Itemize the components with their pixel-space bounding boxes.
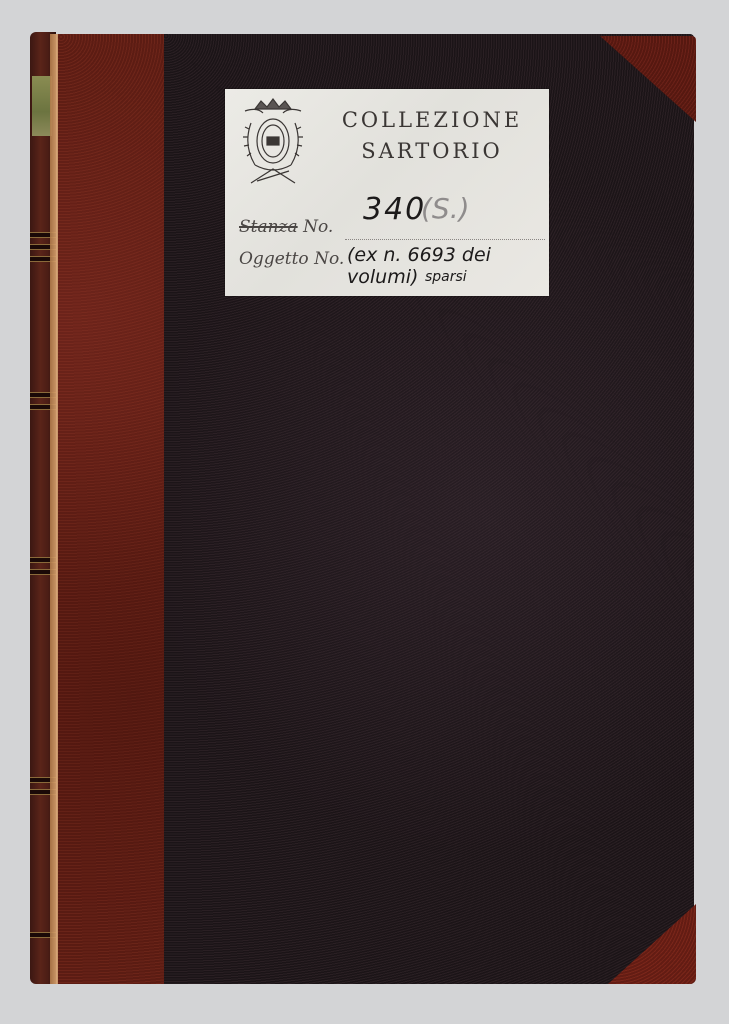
collection-title: COLLEZIONE SARTORIO bbox=[317, 105, 547, 167]
oggetto-label: Oggetto bbox=[239, 249, 309, 269]
leather-quarter-binding bbox=[58, 34, 166, 984]
stanza-number: 340 bbox=[363, 192, 426, 227]
coat-of-arms-crest-icon bbox=[237, 95, 309, 191]
book-cover: COLLEZIONE SARTORIO Stanza No. 340 (S.) … bbox=[0, 0, 729, 1024]
stanza-label: Stanza bbox=[239, 217, 298, 237]
oggetto-note-line2: sparsi bbox=[425, 269, 467, 285]
dotted-line bbox=[345, 239, 545, 240]
stanza-suffix: (S.) bbox=[421, 192, 470, 225]
stanza-field: Stanza No. bbox=[239, 217, 333, 237]
stanza-no-label: No. bbox=[303, 217, 333, 237]
oggetto-no-label: No. bbox=[314, 249, 344, 269]
collection-title-line1: COLLEZIONE bbox=[317, 105, 547, 136]
collection-title-line2: SARTORIO bbox=[317, 136, 547, 167]
collection-label: COLLEZIONE SARTORIO Stanza No. 340 (S.) … bbox=[225, 89, 549, 296]
spine-title-label bbox=[32, 76, 52, 136]
oggetto-field: Oggetto No. bbox=[239, 249, 344, 269]
